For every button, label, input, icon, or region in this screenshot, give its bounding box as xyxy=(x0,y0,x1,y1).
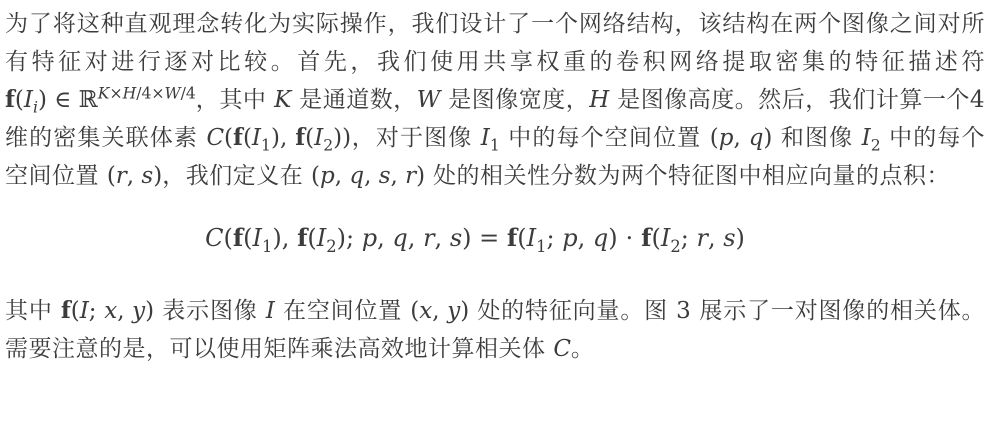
text-run: ，我们定义在 xyxy=(162,163,311,189)
text-run: 为了将这种直观理念转化为实际操作，我们设计了一个网络结构，该结构在两个图像之间对… xyxy=(5,11,985,75)
correlation-equation: C(f(I1), f(I2); p, q, r, s) = f(I1; p, q… xyxy=(205,224,745,252)
inline-math: C xyxy=(553,336,571,362)
inline-math: W xyxy=(417,87,441,113)
equation-block: C(f(I1), f(I2); p, q, r, s) = f(I1; p, q… xyxy=(5,220,945,256)
text-run: 和图像 xyxy=(772,125,861,151)
text-run: 处的相关性分数为两个特征图中相应向量的点积： xyxy=(425,163,950,189)
text-run: 表示图像 xyxy=(154,298,266,324)
document-page: 为了将这种直观理念转化为实际操作，我们设计了一个网络结构，该结构在两个图像之间对… xyxy=(0,0,990,368)
inline-math: f(I; x, y) xyxy=(61,298,154,324)
inline-math: K xyxy=(274,87,291,113)
inline-math: C(f(I1), f(I2)) xyxy=(206,125,351,151)
text-run: ，对于图像 xyxy=(351,125,481,151)
paragraph-method-description: 为了将这种直观理念转化为实际操作，我们设计了一个网络结构，该结构在两个图像之间对… xyxy=(5,5,985,195)
inline-math: (p, q) xyxy=(710,125,773,151)
text-run: 是通道数， xyxy=(291,87,416,113)
paragraph-notation-note: 其中 f(I; x, y) 表示图像 I 在空间位置 (x, y) 处的特征向量… xyxy=(5,292,985,368)
text-run: 。 xyxy=(571,336,595,362)
inline-math: (x, y) xyxy=(410,298,469,324)
inline-math: I1 xyxy=(481,125,500,151)
inline-math: I2 xyxy=(862,125,881,151)
text-run: ，其中 xyxy=(196,87,274,113)
inline-math: (p, q, s, r) xyxy=(311,163,425,189)
text-run: 是图像宽度， xyxy=(440,87,589,113)
inline-math: (r, s) xyxy=(107,163,162,189)
text-run: 在空间位置 xyxy=(275,298,410,324)
inline-math: I xyxy=(266,298,275,324)
inline-math: f(Ii) ∈ ℝK×H/4×W/4 xyxy=(5,87,196,113)
inline-math: H xyxy=(589,87,609,113)
text-run: 中的每个空间位置 xyxy=(500,125,710,151)
text-run: 其中 xyxy=(5,298,61,324)
